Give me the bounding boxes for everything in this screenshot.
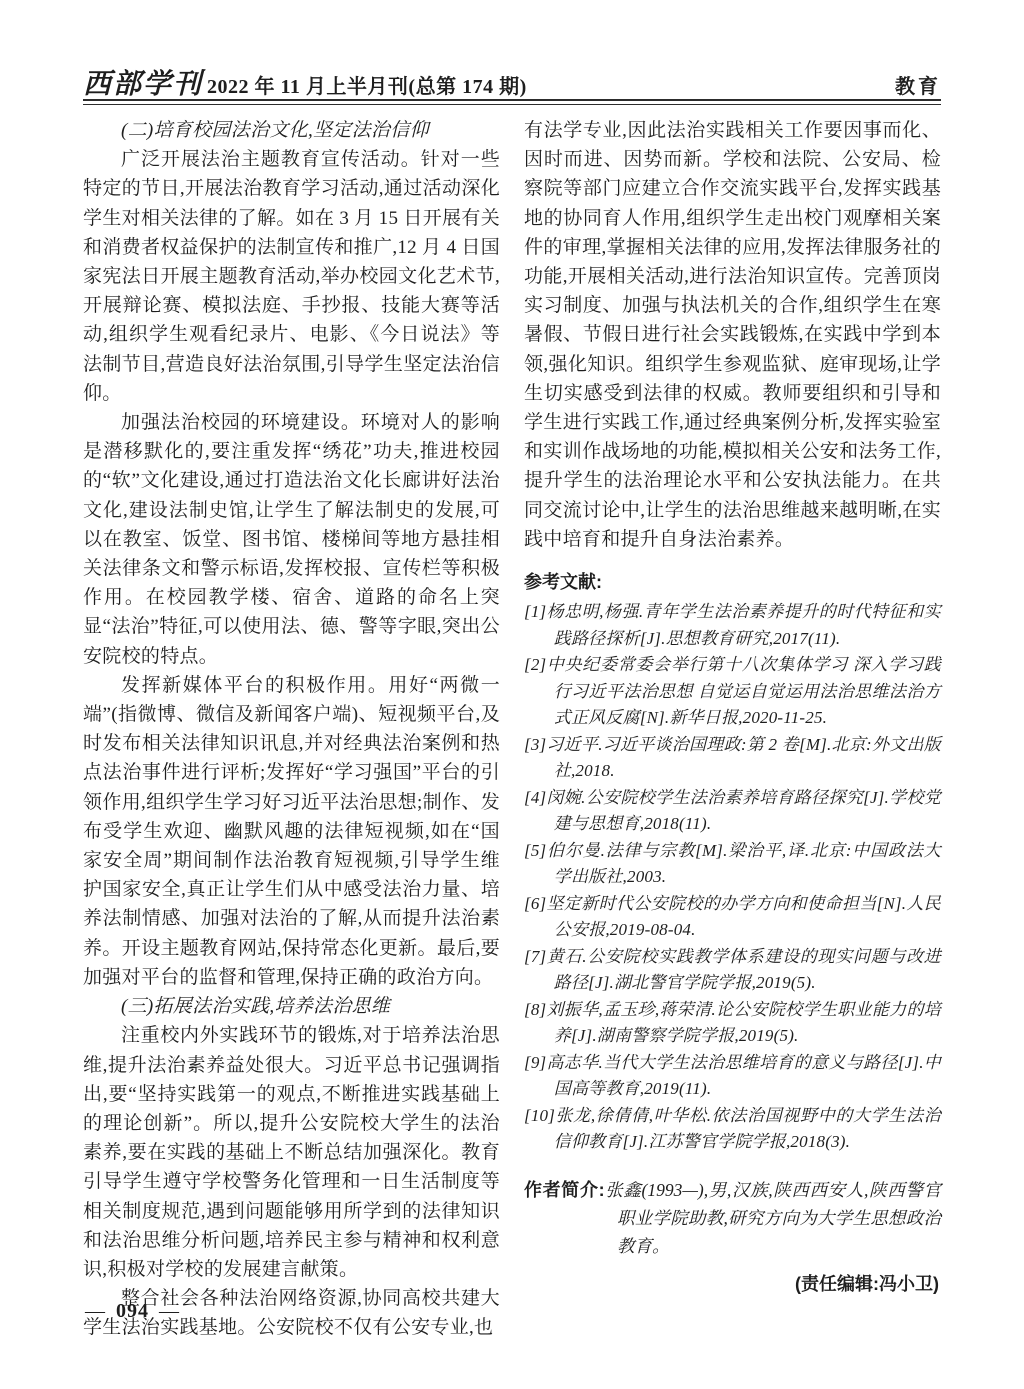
journal-page: 西部学刊 2022 年 11 月上半月刊(总第 174 期) 教育 (二)培育校…	[0, 0, 1024, 1389]
footer-right-dash: —	[159, 1300, 180, 1322]
body-paragraph: 加强法治校园的环境建设。环境对人的影响是潜移默化的,要注重发挥“绣花”功夫,推进…	[83, 408, 500, 671]
reference-item: [6]坚定新时代公安院校的办学方向和使命担当[N].人民公安报,2019-08-…	[524, 891, 941, 944]
reference-item: [9]高志华.当代大学生法治思维培育的意义与路径[J].中国高等教育,2019(…	[524, 1050, 941, 1103]
page-number: 094	[116, 1300, 149, 1322]
section-heading-2: (二)培育校园法治文化,坚定法治信仰	[83, 116, 500, 145]
references-section: 参考文献: [1]杨忠明,杨强.青年学生法治素养提升的时代特征和实践路径探析[J…	[524, 568, 941, 1156]
right-column: 有法学专业,因此法治实践相关工作要因事而化、因时而进、因势而新。学校和法院、公安…	[524, 116, 941, 1343]
reference-item: [4]闵婉.公安院校学生法治素养培育路径探究[J].学校党建与思想育,2018(…	[524, 785, 941, 838]
section-heading-3: (三)拓展法治实践,培养法治思维	[83, 992, 500, 1021]
reference-item: [10]张龙,徐倩倩,叶华松.依法治国视野中的大学生法治信仰教育[J].江苏警官…	[524, 1103, 941, 1156]
reference-item: [3]习近平.习近平谈治国理政:第 2 卷[M].北京:外文出版社,2018.	[524, 732, 941, 785]
author-intro-label: 作者简介:	[524, 1180, 605, 1200]
left-column: (二)培育校园法治文化,坚定法治信仰 广泛开展法治主题教育宣传活动。针对一些特定…	[83, 116, 500, 1343]
editor-note: (责任编辑:冯小卫)	[524, 1270, 941, 1296]
reference-item: [8]刘振华,孟玉珍,蒋荣清.论公安院校学生职业能力的培养[J].湖南警察学院学…	[524, 997, 941, 1050]
body-paragraph: 发挥新媒体平台的积极作用。用好“两微一端”(指微博、微信及新闻客户端)、短视频平…	[83, 671, 500, 992]
body-paragraph: 广泛开展法治主题教育宣传活动。针对一些特定的节日,开展法治教育学习活动,通过活动…	[83, 145, 500, 408]
journal-logo: 西部学刊	[83, 62, 203, 102]
author-intro-text: 张鑫(1993—),男,汉族,陕西西安人,陕西警官职业学院助教,研究方向为大学生…	[605, 1180, 941, 1256]
body-paragraph: 注重校内外实践环节的锻炼,对于培养法治思维,提升法治素养益处很大。习近平总书记强…	[83, 1021, 500, 1284]
footer-left-dash: —	[85, 1300, 106, 1322]
page-footer: —094—	[85, 1300, 180, 1323]
body-paragraph-continuation: 有法学专业,因此法治实践相关工作要因事而化、因时而进、因势而新。学校和法院、公安…	[524, 116, 941, 554]
page-header: 西部学刊 2022 年 11 月上半月刊(总第 174 期) 教育	[83, 62, 941, 102]
reference-item: [1]杨忠明,杨强.青年学生法治素养提升的时代特征和实践路径探析[J].思想教育…	[524, 599, 941, 652]
header-rule	[83, 99, 941, 105]
references-title: 参考文献:	[524, 568, 941, 594]
author-intro: 作者简介:张鑫(1993—),男,汉族,陕西西安人,陕西警官职业学院助教,研究方…	[524, 1176, 941, 1260]
section-label: 教育	[895, 70, 941, 99]
reference-item: [5]伯尔曼.法律与宗教[M].梁治平,译.北京:中国政法大学出版社,2003.	[524, 838, 941, 891]
article-body: (二)培育校园法治文化,坚定法治信仰 广泛开展法治主题教育宣传活动。针对一些特定…	[83, 116, 941, 1343]
reference-item: [2]中央纪委常委会举行第十八次集体学习 深入学习践行习近平法治思想 自觉运自觉…	[524, 652, 941, 732]
reference-item: [7]黄石.公安院校实践教学体系建设的现实问题与改进路径[J].湖北警官学院学报…	[524, 944, 941, 997]
issue-info: 2022 年 11 月上半月刊(总第 174 期)	[207, 70, 527, 99]
